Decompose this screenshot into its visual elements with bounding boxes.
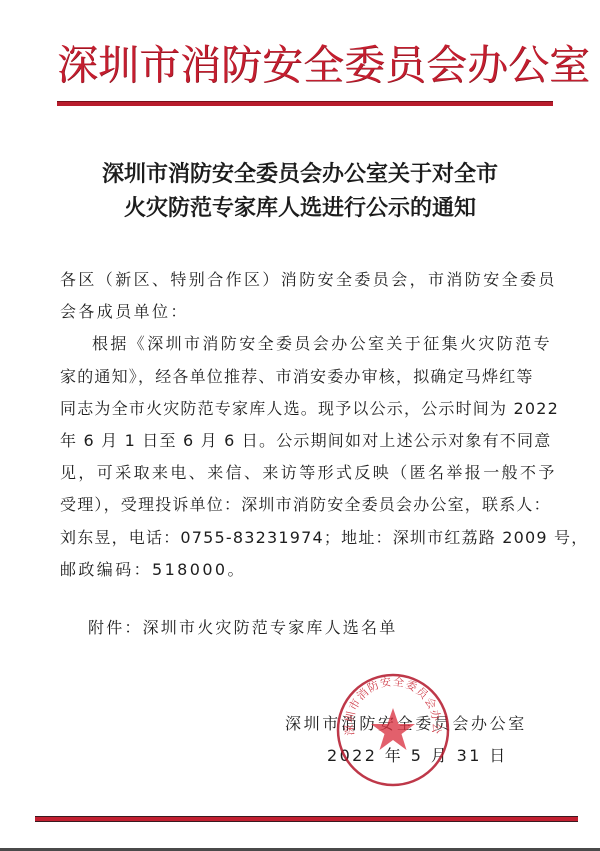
signature-date: 2022 年 5 月 31 日: [327, 741, 508, 771]
salutation-line-1: 各区（新区、特别合作区）消防安全委员会，市消防安全委员: [60, 264, 550, 296]
body-line-7: 刘东昱，电话：0755-83231974；地址：深圳市红荔路 2009 号，: [60, 522, 550, 554]
attachment-note: 附件：深圳市火灾防范专家库人选名单: [88, 614, 397, 642]
letterhead-divider: [57, 101, 553, 106]
body-line-4: 年 6 月 1 日至 6 月 6 日。公示期间如对上述公示对象有不同意: [60, 425, 550, 457]
body-line-3: 同志为全市火灾防范专家库人选。现予以公示，公示时间为 2022: [60, 393, 550, 425]
document-title-line-1: 深圳市消防安全委员会办公室关于对全市: [60, 157, 540, 191]
signature-issuer: 深圳市消防安全委员会办公室: [285, 709, 527, 739]
letterhead-organization: 深圳市消防安全委员会办公室: [57, 40, 553, 90]
salutation-line-2: 会各成员单位：: [60, 296, 550, 328]
body-line-6: 受理），受理投诉单位：深圳市消防安全委员会办公室，联系人：: [60, 489, 550, 521]
footer-divider: [35, 816, 578, 822]
document-title-line-2: 火灾防范专家库人选进行公示的通知: [60, 191, 540, 225]
body-line-8: 邮政编码：518000。: [60, 554, 550, 586]
body-line-2: 家的通知》，经各单位推荐、市消安委办审核，拟确定马烨红等: [60, 361, 550, 393]
body-line-5: 见，可采取来电、来信、来访等形式反映（匿名举报一般不予: [60, 457, 550, 489]
document-title: 深圳市消防安全委员会办公室关于对全市 火灾防范专家库人选进行公示的通知: [60, 157, 540, 225]
body-line-1: 根据《深圳市消防安全委员会办公室关于征集火灾防范专: [60, 328, 550, 360]
document-body: 各区（新区、特别合作区）消防安全委员会，市消防安全委员 会各成员单位： 根据《深…: [60, 264, 550, 586]
